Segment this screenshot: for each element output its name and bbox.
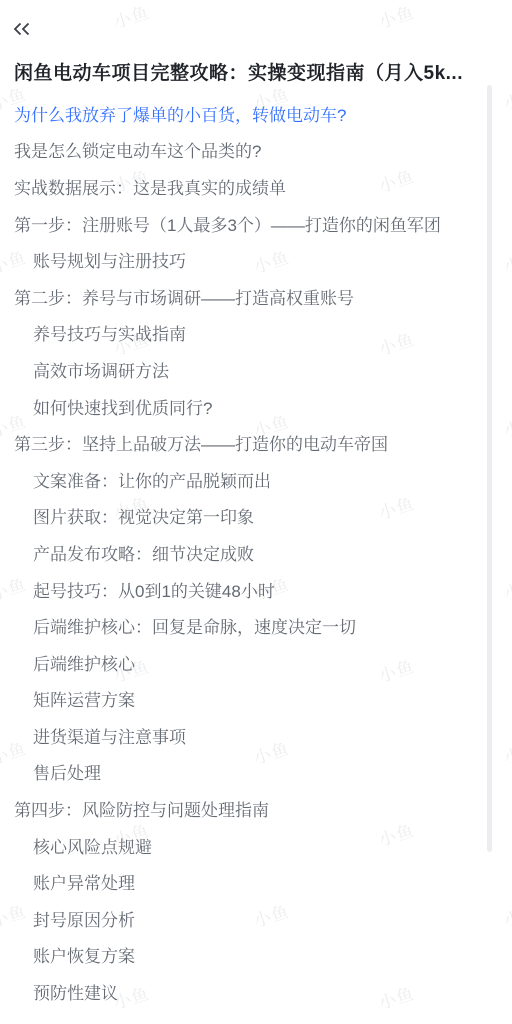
- outline-item-label: 实战数据展示：这是我真实的成绩单: [14, 174, 286, 199]
- outline-item-label: 为什么我放弃了爆单的小百货，转做电动车?: [14, 101, 346, 126]
- outline-item[interactable]: 预防性建议: [0, 973, 512, 1010]
- outline-item[interactable]: 我是怎么锁定电动车这个品类的?: [0, 132, 512, 169]
- outline-item-label: 矩阵运营方案: [33, 686, 135, 711]
- outline-item-label: 第三步：坚持上品破万法——打造你的电动车帝国: [14, 430, 388, 455]
- outline-item-label: 第一步：注册账号（1人最多3个）——打造你的闲鱼军团: [14, 211, 441, 236]
- outline-item[interactable]: 第一步：注册账号（1人最多3个）——打造你的闲鱼军团: [0, 205, 512, 242]
- outline-list: 为什么我放弃了爆单的小百货，转做电动车? 我是怎么锁定电动车这个品类的? 实战数…: [0, 95, 512, 1010]
- outline-item[interactable]: 封号原因分析: [0, 900, 512, 937]
- outline-item[interactable]: 售后处理: [0, 754, 512, 791]
- outline-item[interactable]: 第二步：养号与市场调研——打造高权重账号: [0, 278, 512, 315]
- outline-item-label: 文案准备：让你的产品脱颖而出: [33, 467, 271, 492]
- outline-item[interactable]: 账号规划与注册技巧: [0, 241, 512, 278]
- outline-item[interactable]: 高效市场调研方法: [0, 351, 512, 388]
- outline-item[interactable]: 后端维护核心: [0, 644, 512, 681]
- outline-item-label: 养号技巧与实战指南: [33, 320, 186, 345]
- outline-item[interactable]: 产品发布攻略：细节决定成败: [0, 534, 512, 571]
- outline-item[interactable]: 养号技巧与实战指南: [0, 315, 512, 352]
- outline-item-label: 起号技巧：从0到1的关键48小时: [33, 577, 275, 602]
- outline-item[interactable]: 起号技巧：从0到1的关键48小时: [0, 571, 512, 608]
- outline-item[interactable]: 账户异常处理: [0, 863, 512, 900]
- outline-item-label: 进货渠道与注意事项: [33, 723, 186, 748]
- outline-item[interactable]: 账户恢复方案: [0, 937, 512, 974]
- document-title[interactable]: 闲鱼电动车项目完整攻略：实操变现指南（月入5k...: [14, 60, 484, 88]
- outline-item[interactable]: 如何快速找到优质同行?: [0, 388, 512, 425]
- outline-item-label: 账户恢复方案: [33, 942, 135, 967]
- outline-content: 闲鱼电动车项目完整攻略：实操变现指南（月入5k... 为什么我放弃了爆单的小百货…: [0, 0, 512, 1010]
- outline-item-label: 第二步：养号与市场调研——打造高权重账号: [14, 284, 354, 309]
- double-chevron-left-icon: [12, 22, 31, 36]
- outline-item-label: 后端维护核心: [33, 650, 135, 675]
- outline-item-label: 产品发布攻略：细节决定成败: [33, 540, 254, 565]
- outline-item-label: 图片获取：视觉决定第一印象: [33, 503, 254, 528]
- outline-item-label: 如何快速找到优质同行?: [33, 394, 212, 419]
- outline-item[interactable]: 第四步：风险防控与问题处理指南: [0, 790, 512, 827]
- outline-item[interactable]: 为什么我放弃了爆单的小百货，转做电动车?: [0, 95, 512, 132]
- outline-item-label: 账号规划与注册技巧: [33, 247, 186, 272]
- scrollbar-thumb[interactable]: [487, 85, 492, 852]
- outline-item[interactable]: 后端维护核心：回复是命脉，速度决定一切: [0, 607, 512, 644]
- outline-item[interactable]: 进货渠道与注意事项: [0, 717, 512, 754]
- outline-item[interactable]: 第三步：坚持上品破万法——打造你的电动车帝国: [0, 424, 512, 461]
- outline-item-label: 账户异常处理: [33, 869, 135, 894]
- outline-item[interactable]: 文案准备：让你的产品脱颖而出: [0, 461, 512, 498]
- outline-item[interactable]: 核心风险点规避: [0, 827, 512, 864]
- outline-item[interactable]: 实战数据展示：这是我真实的成绩单: [0, 168, 512, 205]
- outline-item-label: 封号原因分析: [33, 906, 135, 931]
- outline-item[interactable]: 图片获取：视觉决定第一印象: [0, 498, 512, 535]
- outline-item[interactable]: 矩阵运营方案: [0, 681, 512, 718]
- outline-item-label: 核心风险点规避: [33, 833, 152, 858]
- outline-item-label: 预防性建议: [33, 979, 118, 1004]
- outline-item-label: 高效市场调研方法: [33, 357, 169, 382]
- collapse-outline-button[interactable]: [12, 14, 40, 44]
- outline-item-label: 售后处理: [33, 759, 101, 784]
- outline-item-label: 我是怎么锁定电动车这个品类的?: [14, 137, 261, 162]
- outline-item-label: 第四步：风险防控与问题处理指南: [14, 796, 269, 821]
- outline-item-label: 后端维护核心：回复是命脉，速度决定一切: [33, 613, 356, 638]
- outline-panel: 小鱼小鱼小鱼小鱼小鱼小鱼小鱼小鱼小鱼小鱼小鱼小鱼小鱼小鱼小鱼小鱼小鱼小鱼小鱼小鱼…: [0, 0, 512, 1024]
